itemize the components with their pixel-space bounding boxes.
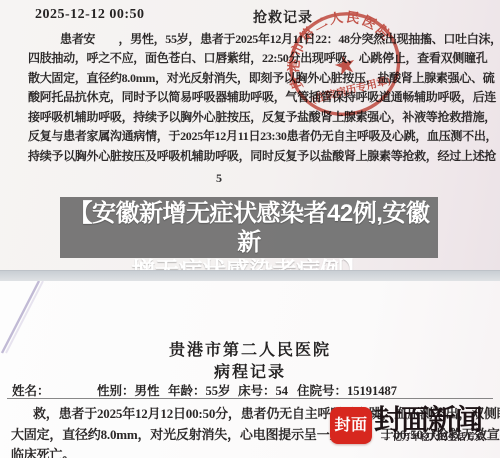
patient-age: 年龄：55岁 bbox=[168, 381, 231, 399]
page-number: 5 bbox=[216, 171, 222, 186]
photo-divider bbox=[0, 270, 500, 281]
record-text-line: 反复与患者家属沟通病情，于2025年12月11日23:30患者仍无自主呼吸及心跳… bbox=[28, 127, 448, 144]
patient-admission-no: 住院号：15191487 bbox=[297, 381, 397, 399]
record-text-line: 临床死亡。 bbox=[11, 444, 499, 458]
patient-bed-no: 床号：54 bbox=[238, 381, 288, 399]
hospital-name: 贵港市第二人民医院 bbox=[0, 337, 500, 360]
progress-record-title: 病程记录 bbox=[0, 359, 500, 382]
record-text-line: 持续予以胸外心脏按压及呼吸机辅助呼吸，同时反复予以盐酸肾上腺素等抢救，经过上述抢 bbox=[28, 147, 448, 164]
patient-gender: 性别：男性 bbox=[97, 381, 160, 399]
news-image-screenshot: 2025-12-12 00:50 抢救记录 患者安 ，男性，55岁，患者于202… bbox=[0, 0, 500, 458]
record-datetime: 2025-12-12 00:50 bbox=[35, 7, 145, 23]
caption-banner: 【安徽新增无症状感染者42例,安徽新 增无症状感染者病例】 bbox=[60, 197, 438, 258]
caption-line-1: 【安徽新增无症状感染者42例,安徽新 bbox=[60, 199, 438, 257]
patient-name-label: 姓名： bbox=[12, 381, 50, 399]
progress-record-photo: 贵港市第二人民医院 病程记录 姓名： 性别：男性 年龄：55岁 床号：54 住院… bbox=[0, 281, 500, 458]
fengmian-logo-icon: 封面 bbox=[330, 407, 372, 444]
fengmian-news-tagline: — 亿万年轻人的生活方式 — bbox=[381, 430, 496, 443]
stamp-star-icon: ★ bbox=[330, 49, 360, 83]
